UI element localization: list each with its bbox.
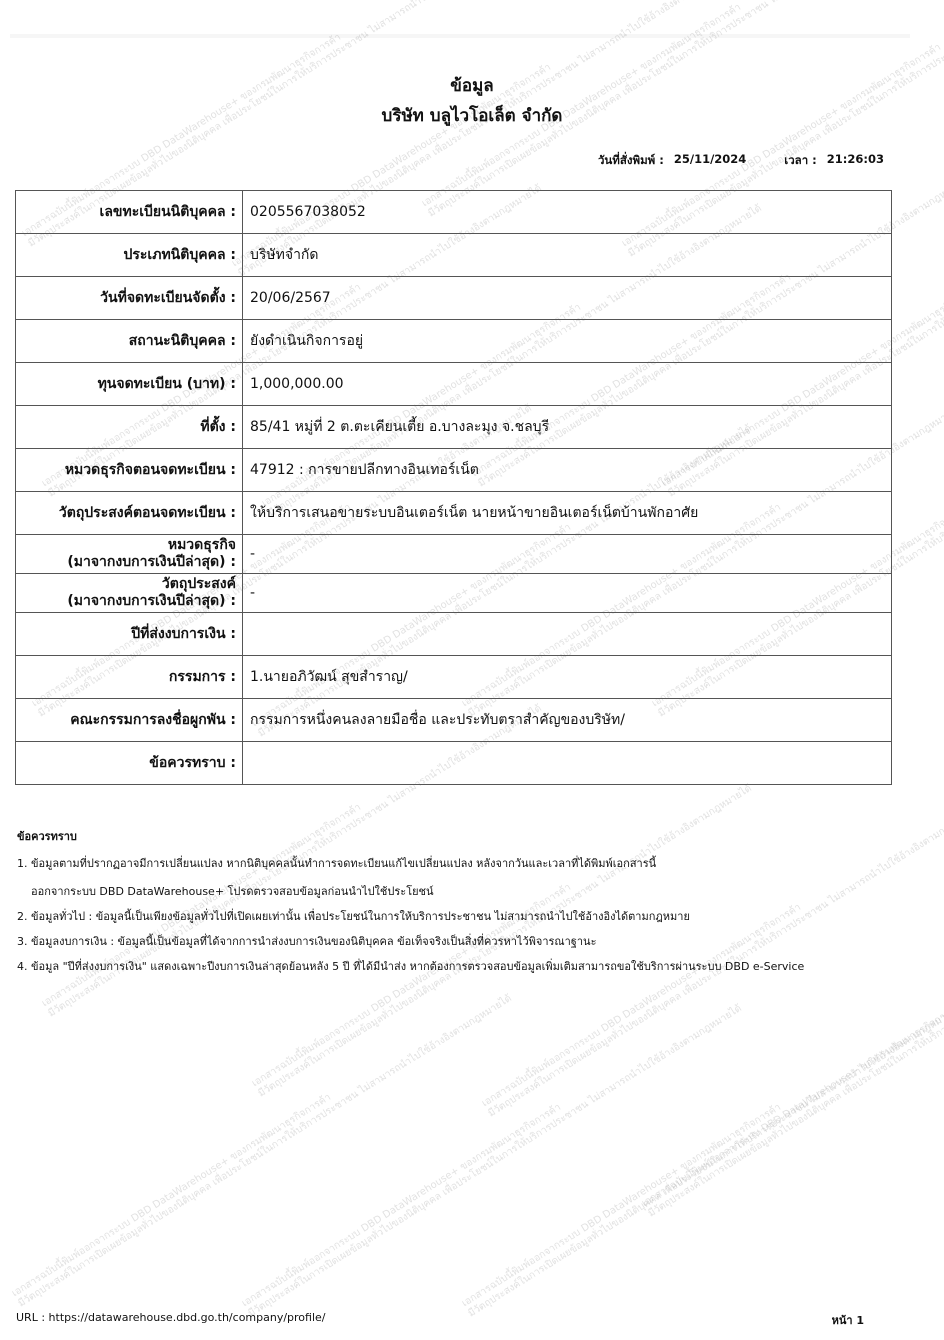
table-row: วันที่จดทะเบียนจัดตั้ง :20/06/2567 [16,277,892,320]
note-text: 3. ข้อมูลงบการเงิน : ข้อมูลนี้เป็นข้อมูล… [17,935,596,948]
field-label-text: สถานะนิติบุคคล : [129,333,236,349]
note-text: 4. ข้อมูล "ปีที่ส่งงบการเงิน" แสดงเฉพาะป… [17,960,804,973]
field-label: กรรมการ : [16,656,243,699]
note-text: 1. ข้อมูลตามที่ปรากฏอาจมีการเปลี่ยนแปลง … [17,857,656,870]
table-row: ข้อควรทราบ : [16,742,892,785]
table-row: สถานะนิติบุคคล :ยังดำเนินกิจการอยู่ [16,320,892,363]
field-label-text: กรรมการ : [169,669,236,685]
field-label: หมวดธุรกิจ(มาจากงบการเงินปีล่าสุด) : [16,535,243,574]
printed-time: 21:26:03 [827,152,884,170]
note-item: 2. ข้อมูลทั่วไป : ข้อมูลนี้เป็นเพียงข้อม… [17,910,804,924]
printed-date-label: วันที่สั่งพิมพ์ : [598,152,664,170]
field-value [243,613,892,656]
table-row: วัตถุประสงค์(มาจากงบการเงินปีล่าสุด) :- [16,574,892,613]
table-row: กรรมการ :1.นายอภิวัฒน์ สุขสำราญ/ [16,656,892,699]
field-label: ที่ตั้ง : [16,406,243,449]
field-label-text: วัตถุประสงค์ตอนจดทะเบียน : [59,505,236,521]
company-info-table: เลขทะเบียนนิติบุคคล :0205567038052ประเภท… [15,190,892,785]
company-name: บริษัท บลูไวโอเล็ต จำกัด [0,102,944,129]
url-text[interactable]: https://datawarehouse.dbd.go.th/company/… [49,1311,326,1324]
field-label: วัตถุประสงค์(มาจากงบการเงินปีล่าสุด) : [16,574,243,613]
field-value: 1,000,000.00 [243,363,892,406]
field-value: ให้บริการเสนอขายระบบอินเตอร์เน็ต นายหน้า… [243,492,892,535]
field-label-subtext: (มาจากงบการเงินปีล่าสุด) : [67,554,236,570]
field-label-text: วัตถุประสงค์ [162,576,236,592]
table-row: หมวดธุรกิจตอนจดทะเบียน :47912 : การขายปล… [16,449,892,492]
note-continuation: ออกจากระบบ DBD DataWarehouse+ โปรดตรวจสอ… [17,885,804,899]
field-value: ยังดำเนินกิจการอยู่ [243,320,892,363]
field-value: 85/41 หมู่ที่ 2 ต.ตะเคียนเตี้ย อ.บางละมุ… [243,406,892,449]
field-label: เลขทะเบียนนิติบุคคล : [16,191,243,234]
field-value: 20/06/2567 [243,277,892,320]
watermark-text: เอกสารฉบับนี้พิมพ์ออกจากระบบ DBD DataWar… [10,983,514,1311]
field-label: ทุนจดทะเบียน (บาท) : [16,363,243,406]
table-row: เลขทะเบียนนิติบุคคล :0205567038052 [16,191,892,234]
field-label: คณะกรรมการลงชื่อผูกพัน : [16,699,243,742]
field-label-text: ประเภทนิติบุคคล : [124,247,237,263]
field-label: วัตถุประสงค์ตอนจดทะเบียน : [16,492,243,535]
field-value: - [243,535,892,574]
table-row: วัตถุประสงค์ตอนจดทะเบียน :ให้บริการเสนอข… [16,492,892,535]
field-value: บริษัทจำกัด [243,234,892,277]
field-value: 47912 : การขายปลีกทางอินเทอร์เน็ต [243,449,892,492]
table-row: ประเภทนิติบุคคล :บริษัทจำกัด [16,234,892,277]
field-label-text: วันที่จดทะเบียนจัดตั้ง : [100,290,236,306]
field-label-text: ที่ตั้ง : [200,419,236,435]
field-label-subtext: (มาจากงบการเงินปีล่าสุด) : [67,593,236,609]
watermark-text: เอกสารฉบับนี้พิมพ์ออกจากระบบ DBD DataWar… [240,993,744,1321]
field-label: ประเภทนิติบุคคล : [16,234,243,277]
field-label: หมวดธุรกิจตอนจดทะเบียน : [16,449,243,492]
field-label-text: ปีที่ส่งงบการเงิน : [131,626,236,642]
field-label-text: คณะกรรมการลงชื่อผูกพัน : [70,712,236,728]
page-footer: URL : https://datawarehouse.dbd.go.th/co… [16,1311,864,1324]
note-text: 2. ข้อมูลทั่วไป : ข้อมูลนี้เป็นเพียงข้อม… [17,910,690,923]
page-top-edge [10,34,910,38]
field-value [243,742,892,785]
field-label-text: หมวดธุรกิจตอนจดทะเบียน : [65,462,236,478]
field-label: วันที่จดทะเบียนจัดตั้ง : [16,277,243,320]
table-row: ทุนจดทะเบียน (บาท) :1,000,000.00 [16,363,892,406]
note-item: 1. ข้อมูลตามที่ปรากฏอาจมีการเปลี่ยนแปลง … [17,857,804,899]
printed-date: 25/11/2024 [674,152,746,170]
field-label-text: ข้อควรทราบ : [149,755,236,771]
table-row: ปีที่ส่งงบการเงิน : [16,613,892,656]
printed-time-label: เวลา : [784,152,817,170]
field-label: สถานะนิติบุคคล : [16,320,243,363]
field-value: กรรมการหนึ่งคนลงลายมือชื่อ และประทับตราส… [243,699,892,742]
field-label-text: เลขทะเบียนนิติบุคคล : [100,204,236,220]
notes-section: ข้อควรทราบ 1. ข้อมูลตามที่ปรากฏอาจมีการเ… [17,827,804,985]
table-row: คณะกรรมการลงชื่อผูกพัน :กรรมการหนึ่งคนลง… [16,699,892,742]
watermark-text: เอกสารฉบับนี้พิมพ์ออกจากระบบ DBD DataWar… [460,993,944,1321]
url-label: URL : [16,1311,45,1324]
page-number: หน้า 1 [832,1311,864,1329]
field-label: ปีที่ส่งงบการเงิน : [16,613,243,656]
field-value: 0205567038052 [243,191,892,234]
field-value: - [243,574,892,613]
notes-heading: ข้อควรทราบ [17,827,804,845]
field-label: ข้อควรทราบ : [16,742,243,785]
note-item: 3. ข้อมูลงบการเงิน : ข้อมูลนี้เป็นข้อมูล… [17,935,804,949]
field-value: 1.นายอภิวัฒน์ สุขสำราญ/ [243,656,892,699]
field-label-text: หมวดธุรกิจ [168,537,236,553]
note-item: 4. ข้อมูล "ปีที่ส่งงบการเงิน" แสดงเฉพาะป… [17,960,804,974]
print-timestamp: วันที่สั่งพิมพ์ : 25/11/2024 เวลา : 21:2… [598,152,884,170]
document-title: ข้อมูล [0,72,944,99]
table-row: ที่ตั้ง :85/41 หมู่ที่ 2 ต.ตะเคียนเตี้ย … [16,406,892,449]
field-label-text: ทุนจดทะเบียน (บาท) : [98,376,236,392]
table-row: หมวดธุรกิจ(มาจากงบการเงินปีล่าสุด) :- [16,535,892,574]
